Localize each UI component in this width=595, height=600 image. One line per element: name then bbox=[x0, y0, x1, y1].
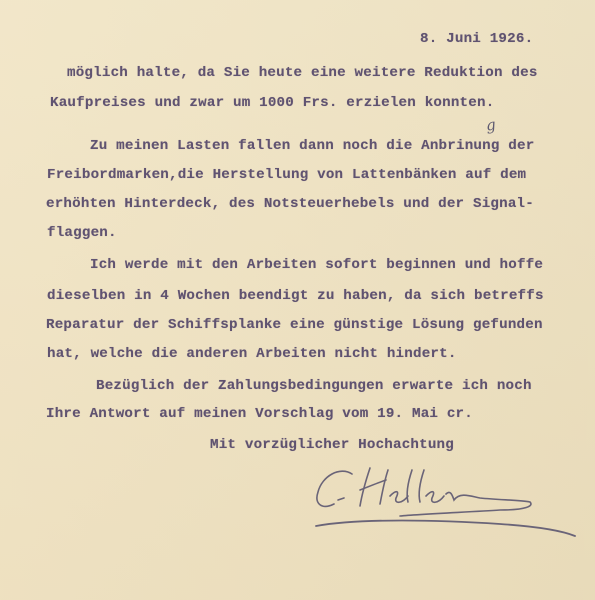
text-line: Reparatur der Schiffsplanke eine günstig… bbox=[46, 316, 543, 334]
text-line: erhöhten Hinterdeck, des Notsteuerhebels… bbox=[46, 195, 534, 213]
text-line: Ihre Antwort auf meinen Vorschlag vom 19… bbox=[46, 405, 473, 423]
letter-page: 8. Juni 1926. möglich halte, da Sie heut… bbox=[0, 0, 595, 600]
letter-date: 8. Juni 1926. bbox=[420, 30, 533, 48]
text-line: Ich werde mit den Arbeiten sofort beginn… bbox=[90, 256, 543, 274]
text-line: Freibordmarken,die Herstellung von Latte… bbox=[47, 166, 526, 184]
text-line: möglich halte, da Sie heute eine weitere… bbox=[67, 64, 538, 82]
handwritten-correction: g bbox=[485, 115, 497, 134]
text-line: Zu meinen Lasten fallen dann noch die An… bbox=[90, 137, 534, 155]
signature: C. Heller bbox=[300, 460, 590, 550]
text-line: Bezüglich der Zahlungsbedingungen erwart… bbox=[96, 377, 532, 395]
text-line: Kaufpreises und zwar um 1000 Frs. erziel… bbox=[50, 94, 494, 112]
text-line: flaggen. bbox=[47, 224, 117, 242]
text-line: hat, welche die anderen Arbeiten nicht h… bbox=[47, 345, 457, 363]
closing-salutation: Mit vorzüglicher Hochachtung bbox=[210, 436, 454, 454]
text-line: dieselben in 4 Wochen beendigt zu haben,… bbox=[47, 287, 544, 305]
